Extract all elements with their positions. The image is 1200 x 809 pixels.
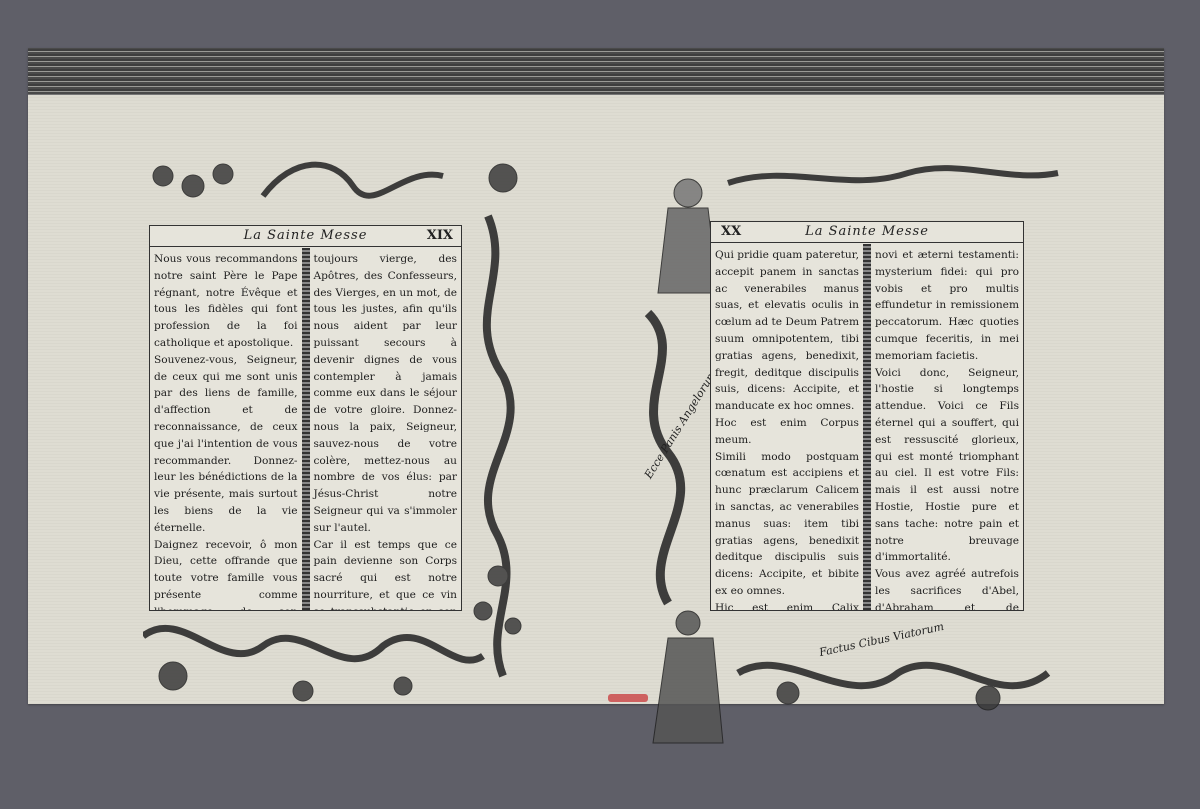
paragraph: Hoc est enim Corpus meum. [715,415,859,449]
page-number: XIX [427,228,453,243]
paragraph: Souvenez-vous, Seigneur, de ceux qui me … [154,352,298,537]
right-prayer-page: XX La Sainte Messe Qui pridie quam pater… [710,221,1024,611]
column-divider [863,244,871,610]
paragraph: novi et æterni testamenti: mysterium fid… [875,247,1019,365]
page-header: La Sainte Messe XIX [150,226,461,247]
paragraph: Voici donc, Seigneur, l'hostie si longte… [875,365,1019,567]
column-divider [302,248,310,610]
paragraph: Hic est enim Calix Sanguinis mei [715,600,859,610]
text-column: Nous vous recommandons notre saint Père … [150,248,302,610]
text-column: novi et æterni testamenti: mysterium fid… [871,244,1023,610]
paragraph: Vous avez agréé autrefois les sacrifices… [875,566,1019,610]
woven-selvedge-band [28,48,1164,95]
paragraph: Qui pridie quam pateretur, accepit panem… [715,247,859,415]
paragraph: Nous vous recommandons notre saint Père … [154,251,298,352]
left-prayer-page: La Sainte Messe XIX Nous vous recommando… [149,225,462,611]
paragraph: Simili modo postquam cœnatum est accipie… [715,449,859,600]
text-column: toujours vierge, des Apôtres, des Confes… [310,248,462,610]
page-title: La Sainte Messe [150,228,461,243]
woven-silk-panel: La Sainte Messe XIX Nous vous recommando… [28,48,1164,704]
paragraph: Daignez recevoir, ô mon Dieu, cette offr… [154,537,298,610]
page-title: La Sainte Messe [711,224,1023,239]
text-column: Qui pridie quam pateretur, accepit panem… [711,244,863,610]
paragraph: Car il est temps que ce pain devienne so… [314,537,458,610]
paragraph: toujours vierge, des Apôtres, des Confes… [314,251,458,537]
page-header: XX La Sainte Messe [711,222,1023,243]
